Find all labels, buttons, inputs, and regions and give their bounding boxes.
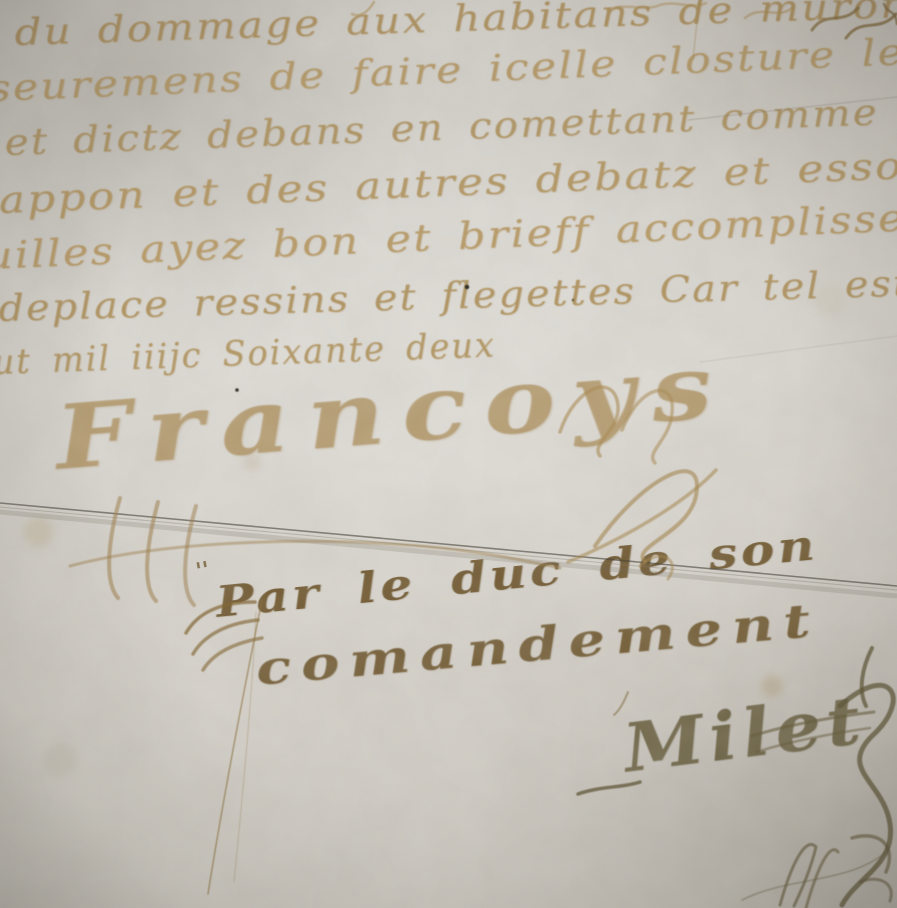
crease-line — [0, 503, 897, 586]
top-line-fragment — [608, 3, 706, 10]
ink-speck — [572, 299, 575, 302]
top-line-fragment-dark — [846, 14, 896, 38]
signature-paraph-stroke — [568, 470, 716, 562]
milet-cross-stroke — [756, 728, 870, 752]
top-line-fragment — [745, 8, 792, 18]
ink-flourish-layer — [0, 0, 897, 908]
milet-leading-dash — [578, 782, 640, 794]
signature-flourish-loop — [622, 391, 672, 463]
top-line-fragment-dark — [812, 8, 858, 30]
underline-paraph-wave — [70, 541, 560, 568]
manuscript-photo: du dommage aux habitans de muron et aseu… — [0, 0, 897, 908]
ascender-hairline — [693, 2, 699, 60]
ink-speck — [235, 388, 239, 392]
pen-flourishes — [70, 2, 897, 908]
signature-paraph-loop — [595, 471, 697, 562]
p-flourish-descender-faint — [234, 612, 256, 882]
milet-paraph-top — [862, 648, 872, 706]
scratch-hairline — [688, 97, 897, 120]
signature-flourish-loop — [560, 387, 618, 456]
top-line-fragment — [352, 2, 374, 15]
subscription-tail-stroke — [614, 692, 628, 715]
milet-cross-stroke — [752, 712, 874, 736]
ink-speck — [465, 285, 469, 289]
scratch-hairline — [700, 336, 897, 362]
milet-paraph-lower-curl — [860, 879, 891, 901]
